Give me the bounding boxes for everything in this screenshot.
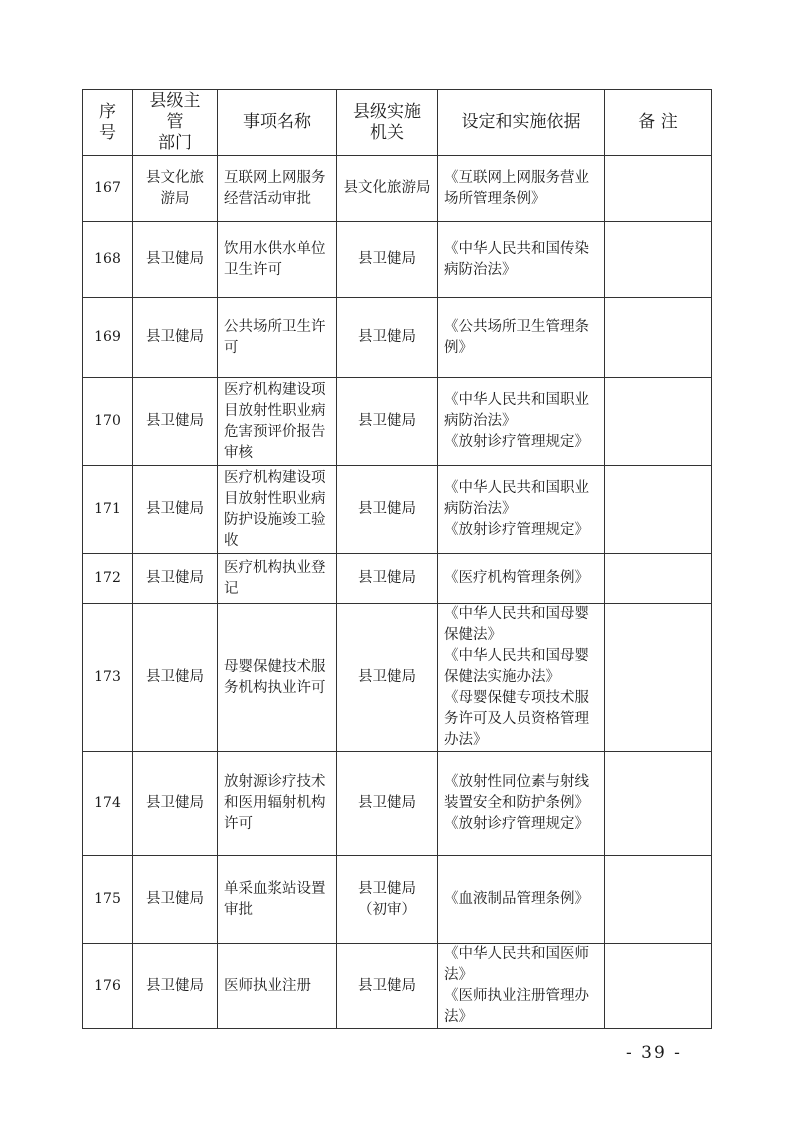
- basis-law: 《医师执业注册管理办法》: [444, 986, 598, 1028]
- dept-cell: 县卫健局: [133, 298, 218, 378]
- item-cell: 公共场所卫生许可: [218, 298, 337, 378]
- basis-law: 《放射性同位素与射线装置安全和防护条例》: [444, 772, 598, 814]
- permit-table: 序 号 县级主 管 部门 事项名称 县级实施 机关 设定和实施依据 备 注 16…: [82, 89, 712, 1029]
- row-number: 174: [83, 752, 133, 856]
- agency-cell: 县文化旅游局: [337, 156, 438, 222]
- basis-law: 《中华人民共和国职业病防治法》: [444, 390, 598, 432]
- basis-law: 《中华人民共和国母婴保健法》: [444, 604, 598, 646]
- table-row: 175县卫健局单采血浆站设置审批县卫健局 （初审）《血液制品管理条例》: [83, 856, 712, 944]
- table-row: 169县卫健局公共场所卫生许可县卫健局《公共场所卫生管理条例》: [83, 298, 712, 378]
- table-row: 168县卫健局饮用水供水单位卫生许可县卫健局《中华人民共和国传染病防治法》: [83, 222, 712, 298]
- row-number: 170: [83, 378, 133, 466]
- dept-cell: 县卫健局: [133, 752, 218, 856]
- agency-cell: 县卫健局: [337, 554, 438, 604]
- basis-cell: 《互联网上网服务营业场所管理条例》: [438, 156, 605, 222]
- dept-cell: 县卫健局: [133, 378, 218, 466]
- row-number: 171: [83, 466, 133, 554]
- dept-cell: 县卫健局: [133, 466, 218, 554]
- remark-cell: [605, 156, 712, 222]
- table-row: 176县卫健局医师执业注册县卫健局《中华人民共和国医师法》《医师执业注册管理办法…: [83, 944, 712, 1029]
- agency-cell: 县卫健局: [337, 222, 438, 298]
- agency-cell: 县卫健局: [337, 378, 438, 466]
- basis-law: 《中华人民共和国职业病防治法》: [444, 478, 598, 520]
- agency-cell: 县卫健局: [337, 752, 438, 856]
- basis-cell: 《中华人民共和国职业病防治法》《放射诊疗管理规定》: [438, 466, 605, 554]
- basis-cell: 《放射性同位素与射线装置安全和防护条例》《放射诊疗管理规定》: [438, 752, 605, 856]
- remark-cell: [605, 298, 712, 378]
- basis-law: 《放射诊疗管理规定》: [444, 814, 598, 835]
- basis-law: 《医疗机构管理条例》: [444, 568, 598, 589]
- dept-cell: 县卫健局: [133, 554, 218, 604]
- remark-cell: [605, 554, 712, 604]
- table-row: 172县卫健局医疗机构执业登记县卫健局《医疗机构管理条例》: [83, 554, 712, 604]
- item-cell: 母婴保健技术服务机构执业许可: [218, 604, 337, 752]
- agency-cell: 县卫健局 （初审）: [337, 856, 438, 944]
- remark-cell: [605, 378, 712, 466]
- page-number: - 39 -: [626, 1043, 682, 1063]
- agency-cell: 县卫健局: [337, 604, 438, 752]
- header-agency: 县级实施 机关: [337, 90, 438, 156]
- agency-cell: 县卫健局: [337, 298, 438, 378]
- table-row: 171县卫健局医疗机构建设项目放射性职业病防护设施竣工验收县卫健局《中华人民共和…: [83, 466, 712, 554]
- row-number: 167: [83, 156, 133, 222]
- item-cell: 饮用水供水单位卫生许可: [218, 222, 337, 298]
- remark-cell: [605, 604, 712, 752]
- table-row: 170县卫健局医疗机构建设项目放射性职业病危害预评价报告审核县卫健局《中华人民共…: [83, 378, 712, 466]
- item-cell: 单采血浆站设置审批: [218, 856, 337, 944]
- basis-cell: 《公共场所卫生管理条例》: [438, 298, 605, 378]
- item-cell: 医疗机构建设项目放射性职业病防护设施竣工验收: [218, 466, 337, 554]
- dept-cell: 县卫健局: [133, 222, 218, 298]
- basis-law: 《放射诊疗管理规定》: [444, 432, 598, 453]
- row-number: 173: [83, 604, 133, 752]
- item-cell: 放射源诊疗技术和医用辐射机构许可: [218, 752, 337, 856]
- agency-cell: 县卫健局: [337, 466, 438, 554]
- header-dept: 县级主 管 部门: [133, 90, 218, 156]
- header-basis: 设定和实施依据: [438, 90, 605, 156]
- basis-law: 《互联网上网服务营业场所管理条例》: [444, 168, 598, 210]
- row-number: 168: [83, 222, 133, 298]
- basis-law: 《母婴保健专项技术服务许可及人员资格管理办法》: [444, 688, 598, 751]
- header-item: 事项名称: [218, 90, 337, 156]
- table-row: 167县文化旅游局互联网上网服务经营活动审批县文化旅游局《互联网上网服务营业场所…: [83, 156, 712, 222]
- header-index: 序 号: [83, 90, 133, 156]
- row-number: 175: [83, 856, 133, 944]
- basis-cell: 《血液制品管理条例》: [438, 856, 605, 944]
- remark-cell: [605, 856, 712, 944]
- basis-cell: 《中华人民共和国职业病防治法》《放射诊疗管理规定》: [438, 378, 605, 466]
- basis-cell: 《中华人民共和国母婴保健法》《中华人民共和国母婴保健法实施办法》《母婴保健专项技…: [438, 604, 605, 752]
- row-number: 176: [83, 944, 133, 1029]
- header-remark: 备 注: [605, 90, 712, 156]
- table-row: 173县卫健局母婴保健技术服务机构执业许可县卫健局《中华人民共和国母婴保健法》《…: [83, 604, 712, 752]
- row-number: 172: [83, 554, 133, 604]
- dept-cell: 县卫健局: [133, 944, 218, 1029]
- basis-law: 《放射诊疗管理规定》: [444, 520, 598, 541]
- dept-cell: 县卫健局: [133, 856, 218, 944]
- basis-law: 《血液制品管理条例》: [444, 889, 598, 910]
- row-number: 169: [83, 298, 133, 378]
- basis-law: 《中华人民共和国传染病防治法》: [444, 239, 598, 281]
- basis-law: 《公共场所卫生管理条例》: [444, 317, 598, 359]
- basis-cell: 《中华人民共和国医师法》《医师执业注册管理办法》: [438, 944, 605, 1029]
- remark-cell: [605, 466, 712, 554]
- basis-law: 《中华人民共和国母婴保健法实施办法》: [444, 646, 598, 688]
- item-cell: 医师执业注册: [218, 944, 337, 1029]
- item-cell: 互联网上网服务经营活动审批: [218, 156, 337, 222]
- basis-cell: 《医疗机构管理条例》: [438, 554, 605, 604]
- agency-cell: 县卫健局: [337, 944, 438, 1029]
- basis-law: 《中华人民共和国医师法》: [444, 944, 598, 986]
- table-header-row: 序 号 县级主 管 部门 事项名称 县级实施 机关 设定和实施依据 备 注: [83, 90, 712, 156]
- item-cell: 医疗机构执业登记: [218, 554, 337, 604]
- remark-cell: [605, 944, 712, 1029]
- basis-cell: 《中华人民共和国传染病防治法》: [438, 222, 605, 298]
- table-row: 174县卫健局放射源诊疗技术和医用辐射机构许可县卫健局《放射性同位素与射线装置安…: [83, 752, 712, 856]
- dept-cell: 县文化旅游局: [133, 156, 218, 222]
- remark-cell: [605, 752, 712, 856]
- item-cell: 医疗机构建设项目放射性职业病危害预评价报告审核: [218, 378, 337, 466]
- dept-cell: 县卫健局: [133, 604, 218, 752]
- remark-cell: [605, 222, 712, 298]
